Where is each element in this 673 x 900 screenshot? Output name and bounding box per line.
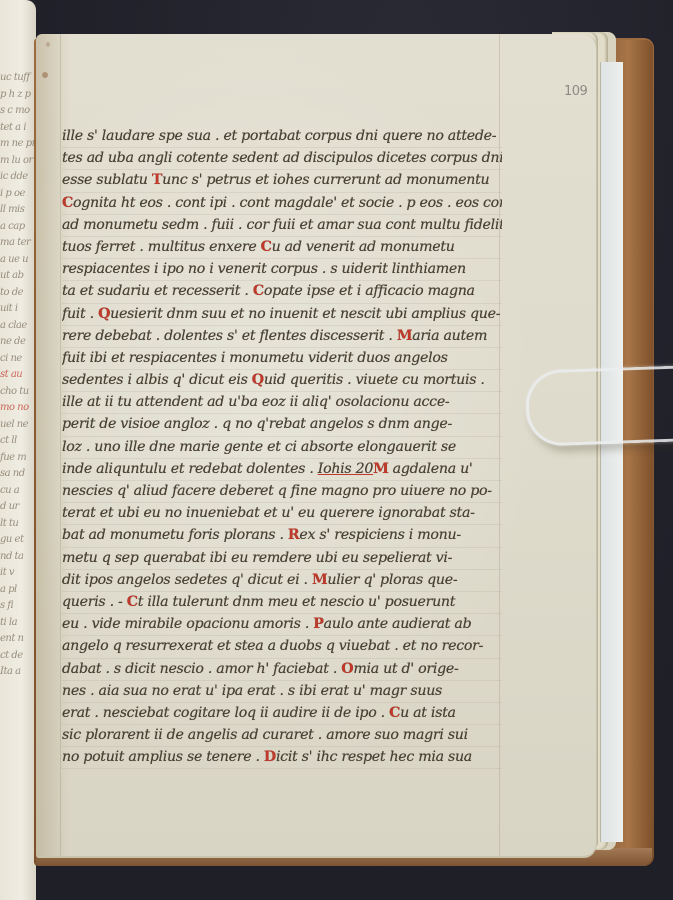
left-page-line: cho tu (0, 384, 34, 401)
line-text: ta et sudariu et recesserit . (62, 283, 253, 299)
rubricated-initial: M (312, 572, 327, 588)
line-text: dit ipos angelos sedetes q' dicut ei . (62, 572, 312, 588)
manuscript-line: tes ad uba angli cotente sedent ad disci… (62, 148, 502, 170)
line-text: rere debebat . dolentes s' et flentes di… (62, 328, 397, 344)
manuscript-line: nes . aia sua no erat u' ipa erat . s ib… (62, 681, 502, 703)
line-text: u at ista (400, 705, 456, 721)
left-page-line: mo no (0, 400, 34, 417)
left-page-line: ma ter (0, 235, 34, 252)
flyleaf-paper (600, 62, 623, 842)
rubricated-initial: O (341, 661, 353, 677)
rubricated-initial: M (397, 328, 412, 344)
line-text: ex s' respiciens i monu- (299, 527, 460, 543)
line-text: esse sublatu (62, 172, 152, 188)
manuscript-line: metu q sep querabat ibi eu remdere ubi e… (62, 548, 502, 570)
line-text: bat ad monumetu foris plorans . (62, 527, 288, 543)
left-page-line: uel ne (0, 417, 34, 434)
left-page-line: gu et (0, 532, 34, 549)
line-text: metu q sep querabat ibi eu remdere ubi e… (62, 550, 452, 566)
manuscript-line: dit ipos angelos sedetes q' dicut ei . M… (62, 570, 502, 592)
line-text: opate ipse et i afficacio magna (264, 283, 475, 299)
left-page-line: st au (0, 367, 34, 384)
stain (46, 42, 50, 47)
left-page-line: tet a i (0, 120, 34, 137)
line-text: loz . uno ille dne marie gente et ci abs… (62, 439, 456, 455)
manuscript-line: loz . uno ille dne marie gente et ci abs… (62, 437, 502, 459)
line-text: nescies q' aliud facere deberet q fine m… (62, 483, 492, 499)
line-text: u ad venerit ad monumetu (272, 239, 455, 255)
manuscript-line: respiacentes i ipo no i venerit corpus .… (62, 259, 502, 281)
manuscript-line: ille at ii tu attendent ad u'ba eoz ii a… (62, 392, 502, 414)
left-page-line: ut ab (0, 268, 34, 285)
left-page-line: a ue u (0, 252, 34, 269)
line-text: aulo ante audierat ab (324, 616, 472, 632)
manuscript-line: ta et sudariu et recesserit . Copate ips… (62, 281, 502, 303)
left-page-line: uc tuff (0, 70, 34, 87)
left-page-line: it v (0, 565, 34, 582)
left-page-line: to de (0, 285, 34, 302)
rubricated-initial: C (127, 594, 138, 610)
manuscript-line: nescies q' aliud facere deberet q fine m… (62, 481, 502, 503)
line-text: ulier q' ploras que- (327, 572, 457, 588)
rubricated-initial: D (264, 749, 276, 765)
line-text: aria autem (412, 328, 487, 344)
facing-left-page: uc tuffp h z ps c motet a im ne prm lu o… (0, 0, 36, 900)
left-page-line: fue m (0, 450, 34, 467)
line-text: angelo q resurrexerat et stea a duobs q … (62, 638, 483, 654)
rubricated-initial: T (152, 172, 162, 188)
left-page-line: ne de (0, 334, 34, 351)
line-text: nes . aia sua no erat u' ipa erat . s ib… (62, 683, 442, 699)
left-page-line: i p oe (0, 186, 34, 203)
line-text: t illa tulerunt dnm meu et nescio u' pos… (138, 594, 455, 610)
manuscript-text-block: ille s' laudare spe sua . et portabat co… (62, 126, 502, 769)
left-page-line: a cap (0, 219, 34, 236)
left-page-line: m lu or (0, 153, 34, 170)
line-text: inde aliquntulu et redebat dolentes . (62, 461, 318, 477)
manuscript-line: Cognita ht eos . cont ipi . cont magdale… (62, 193, 502, 215)
manuscript-line: terat et ubi eu no inueniebat et u' eu q… (62, 503, 502, 525)
line-text: tes ad uba angli cotente sedent ad disci… (62, 150, 502, 166)
stain (42, 72, 48, 78)
rubricated-initial: P (313, 616, 323, 632)
rubricated-initial: R (288, 527, 300, 543)
folio-number: 109 (564, 84, 587, 99)
line-text: erat . nesciebat cogitare loq ii audire … (62, 705, 389, 721)
left-page-line: a clae (0, 318, 34, 335)
rubricated-initial: Q (98, 306, 110, 322)
left-page-line: Ita a (0, 664, 34, 681)
manuscript-line: sic plorarent ii de angelis ad curaret .… (62, 725, 502, 747)
line-text: agdalena u' (388, 461, 472, 477)
rubricated-initial: M (373, 461, 388, 477)
left-page-line: ll mis (0, 202, 34, 219)
left-page-text: uc tuffp h z ps c motet a im ne prm lu o… (0, 70, 34, 681)
line-text: icit s' ihc respet hec mia sua (276, 749, 472, 765)
line-text: sedentes i albis q' dicut eis (62, 372, 252, 388)
left-page-line: m ne pr (0, 136, 34, 153)
left-page-line: s fi (0, 598, 34, 615)
line-text: queris . - (62, 594, 127, 610)
manuscript-line: esse sublatu Tunc s' petrus et iohes cur… (62, 170, 502, 192)
manuscript-line: no potuit amplius se tenere . Dicit s' i… (62, 747, 502, 769)
left-page-line: s c mo (0, 103, 34, 120)
line-text: respiacentes i ipo no i venerit corpus .… (62, 261, 466, 277)
rubricated-initial: C (62, 195, 73, 211)
line-text: dabat . s dicit nescio . amor h' facieba… (62, 661, 341, 677)
left-page-line: ct ll (0, 433, 34, 450)
left-page-line: p h z p (0, 87, 34, 104)
page-holder-clip (525, 365, 673, 447)
manuscript-line: bat ad monumetu foris plorans . Rex s' r… (62, 525, 502, 547)
rubricated-initial: C (261, 239, 272, 255)
rubricated-initial: Q (252, 372, 264, 388)
left-page-line: lt tu (0, 516, 34, 533)
left-page-line: ti la (0, 615, 34, 632)
line-text: ognita ht eos . cont ipi . cont magdale'… (73, 195, 502, 211)
line-text: ad monumetu sedm . fuii . cor fuii et am… (62, 217, 502, 233)
marginal-reference: Iohis 20 (318, 461, 373, 477)
manuscript-line: erat . nesciebat cogitare loq ii audire … (62, 703, 502, 725)
manuscript-line: dabat . s dicit nescio . amor h' facieba… (62, 659, 502, 681)
line-text: sic plorarent ii de angelis ad curaret .… (62, 727, 468, 743)
line-text: fuit . (62, 306, 98, 322)
line-text: perit de visioe angloz . q no q'rebat an… (62, 416, 452, 432)
manuscript-line: angelo q resurrexerat et stea a duobs q … (62, 636, 502, 658)
manuscript-line: queris . - Ct illa tulerunt dnm meu et n… (62, 592, 502, 614)
manuscript-line: inde aliquntulu et redebat dolentes . Io… (62, 459, 502, 481)
manuscript-line: tuos ferret . multitus enxere Cu ad vene… (62, 237, 502, 259)
line-text: terat et ubi eu no inueniebat et u' eu q… (62, 505, 475, 521)
left-page-line: ci ne (0, 351, 34, 368)
manuscript-line: sedentes i albis q' dicut eis Quid queri… (62, 370, 502, 392)
line-text: uesierit dnm suu et no inuenit et nescit… (110, 306, 500, 322)
line-text: ille s' laudare spe sua . et portabat co… (62, 128, 496, 144)
left-page-line: ic dde (0, 169, 34, 186)
left-page-line: uit i (0, 301, 34, 318)
rubricated-initial: C (389, 705, 400, 721)
left-page-line: ct de (0, 648, 34, 665)
line-text: mia ut d' orige- (353, 661, 458, 677)
ruling-line-left (60, 34, 61, 856)
left-page-line: nd ta (0, 549, 34, 566)
line-text: eu . vide mirabile opacionu amoris . (62, 616, 313, 632)
left-page-line: a pl (0, 582, 34, 599)
line-text: uid queritis . viuete cu mortuis . (264, 372, 485, 388)
left-page-line: sa nd (0, 466, 34, 483)
left-page-line: cu a (0, 483, 34, 500)
manuscript-line: ille s' laudare spe sua . et portabat co… (62, 126, 502, 148)
line-text: no potuit amplius se tenere . (62, 749, 264, 765)
manuscript-line: fuit ibi et respiacentes i monumetu vide… (62, 348, 502, 370)
manuscript-line: fuit . Quesierit dnm suu et no inuenit e… (62, 304, 502, 326)
rubricated-initial: C (253, 283, 264, 299)
line-text: fuit ibi et respiacentes i monumetu vide… (62, 350, 448, 366)
line-text: tuos ferret . multitus enxere (62, 239, 261, 255)
manuscript-line: ad monumetu sedm . fuii . cor fuii et am… (62, 215, 502, 237)
manuscript-line: rere debebat . dolentes s' et flentes di… (62, 326, 502, 348)
line-text: unc s' petrus et iohes currerunt ad monu… (162, 172, 489, 188)
left-page-line: ent n (0, 631, 34, 648)
left-page-line: d ur (0, 499, 34, 516)
manuscript-line: perit de visioe angloz . q no q'rebat an… (62, 414, 502, 436)
line-text: ille at ii tu attendent ad u'ba eoz ii a… (62, 394, 449, 410)
manuscript-line: eu . vide mirabile opacionu amoris . Pau… (62, 614, 502, 636)
